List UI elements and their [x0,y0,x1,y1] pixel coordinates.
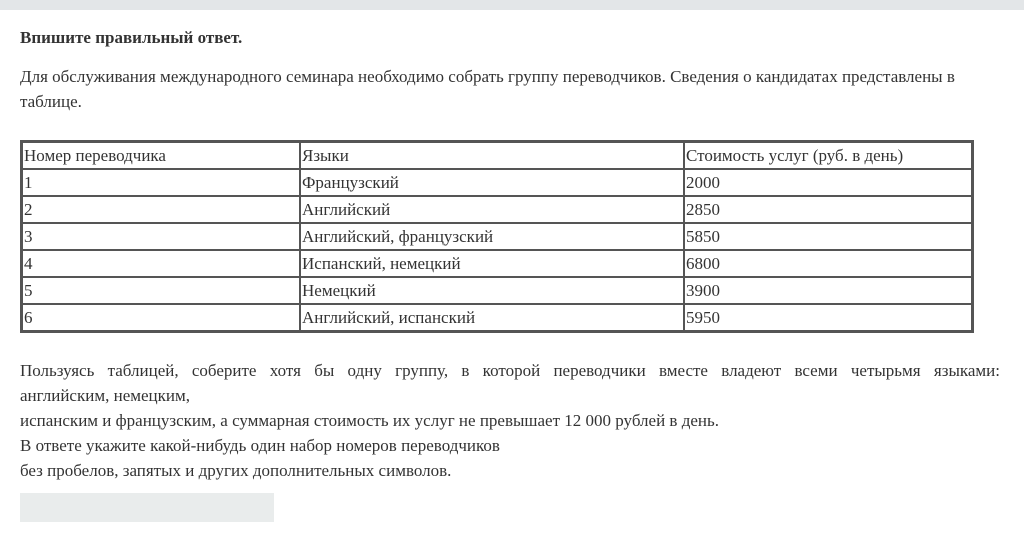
table-row: 5 Немецкий 3900 [22,277,972,304]
cell-languages: Испанский, немецкий [300,250,684,277]
top-bar [0,0,1024,10]
table-row: 6 Английский, испанский 5950 [22,304,972,331]
cell-number: 6 [22,304,300,331]
task-line: английским, немецким, [20,383,1000,408]
cell-cost: 3900 [684,277,972,304]
cell-languages: Французский [300,169,684,196]
translators-table: Номер переводчика Языки Стоимость услуг … [20,140,974,333]
task-line: В ответе укажите какой-нибудь один набор… [20,433,1000,458]
cell-cost: 2000 [684,169,972,196]
task-line: испанским и французским, а суммарная сто… [20,408,1000,433]
header-cost: Стоимость услуг (руб. в день) [684,142,972,169]
cell-number: 2 [22,196,300,223]
task-line: Пользуясь таблицей, соберите хотя бы одн… [20,358,1000,383]
task-line: без пробелов, запятых и других дополните… [20,458,1000,483]
cell-cost: 5950 [684,304,972,331]
cell-number: 3 [22,223,300,250]
question-container: Впишите правильный ответ. Для обслуживан… [20,27,1000,522]
instruction-heading: Впишите правильный ответ. [20,27,1000,49]
intro-text: Для обслуживания международного семинара… [20,64,1000,114]
task-text: Пользуясь таблицей, соберите хотя бы одн… [20,358,1000,483]
cell-languages: Английский [300,196,684,223]
table-row: 2 Английский 2850 [22,196,972,223]
table-row: 4 Испанский, немецкий 6800 [22,250,972,277]
cell-languages: Английский, французский [300,223,684,250]
cell-cost: 2850 [684,196,972,223]
cell-number: 1 [22,169,300,196]
table-row: 1 Французский 2000 [22,169,972,196]
cell-languages: Английский, испанский [300,304,684,331]
answer-input[interactable] [20,493,274,522]
cell-languages: Немецкий [300,277,684,304]
cell-number: 5 [22,277,300,304]
cell-cost: 6800 [684,250,972,277]
table-row: 3 Английский, французский 5850 [22,223,972,250]
cell-number: 4 [22,250,300,277]
cell-cost: 5850 [684,223,972,250]
header-languages: Языки [300,142,684,169]
header-number: Номер переводчика [22,142,300,169]
table-header-row: Номер переводчика Языки Стоимость услуг … [22,142,972,169]
